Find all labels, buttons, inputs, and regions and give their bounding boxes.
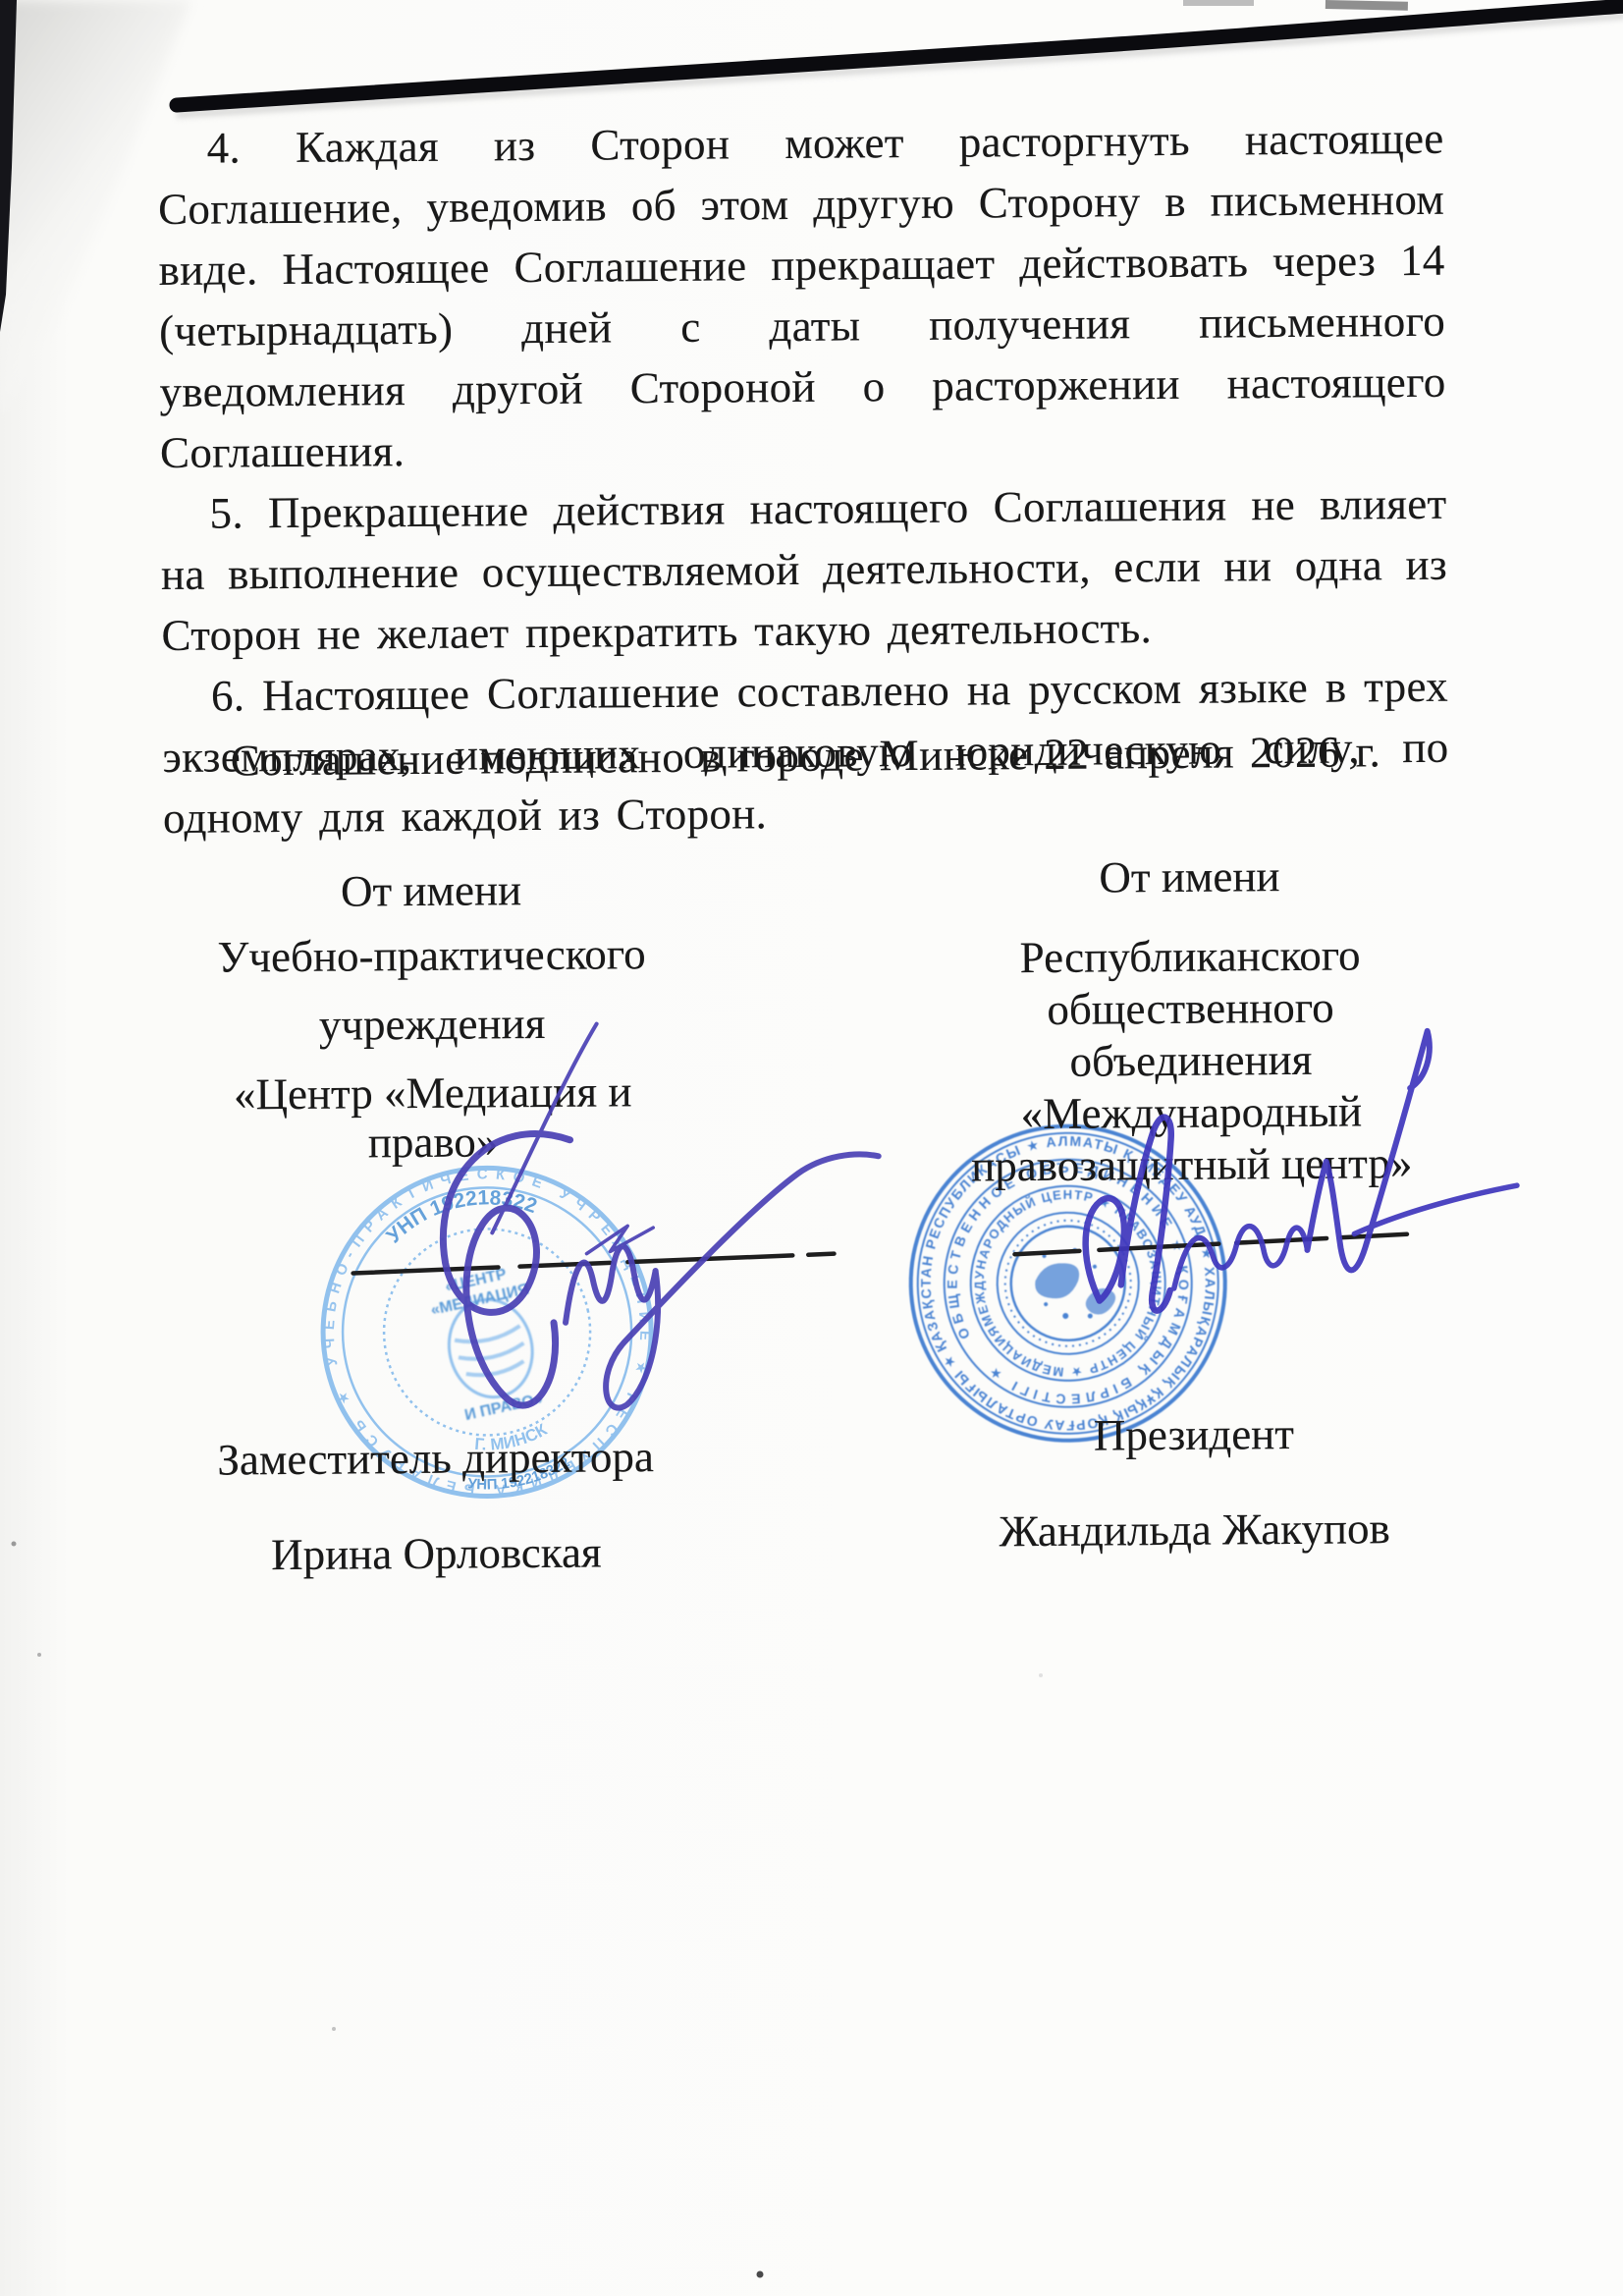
speck xyxy=(12,1542,17,1547)
corner-shadow xyxy=(0,0,191,417)
speck xyxy=(332,2027,336,2031)
speck xyxy=(1039,1673,1043,1677)
bottom-dot-speck xyxy=(757,2271,764,2278)
top-edge-mark xyxy=(1183,0,1254,6)
top-scan-edge xyxy=(177,6,1623,105)
scanned-document-page: УЧЕБНО-ПРАКТИЧЕСКОЕ УЧРЕЖДЕНИЕ ★ РЕСПУБЛ… xyxy=(0,0,1623,2296)
top-edge-mark xyxy=(1325,0,1408,11)
scan-artifacts xyxy=(0,0,1623,2296)
speck xyxy=(37,1653,41,1657)
